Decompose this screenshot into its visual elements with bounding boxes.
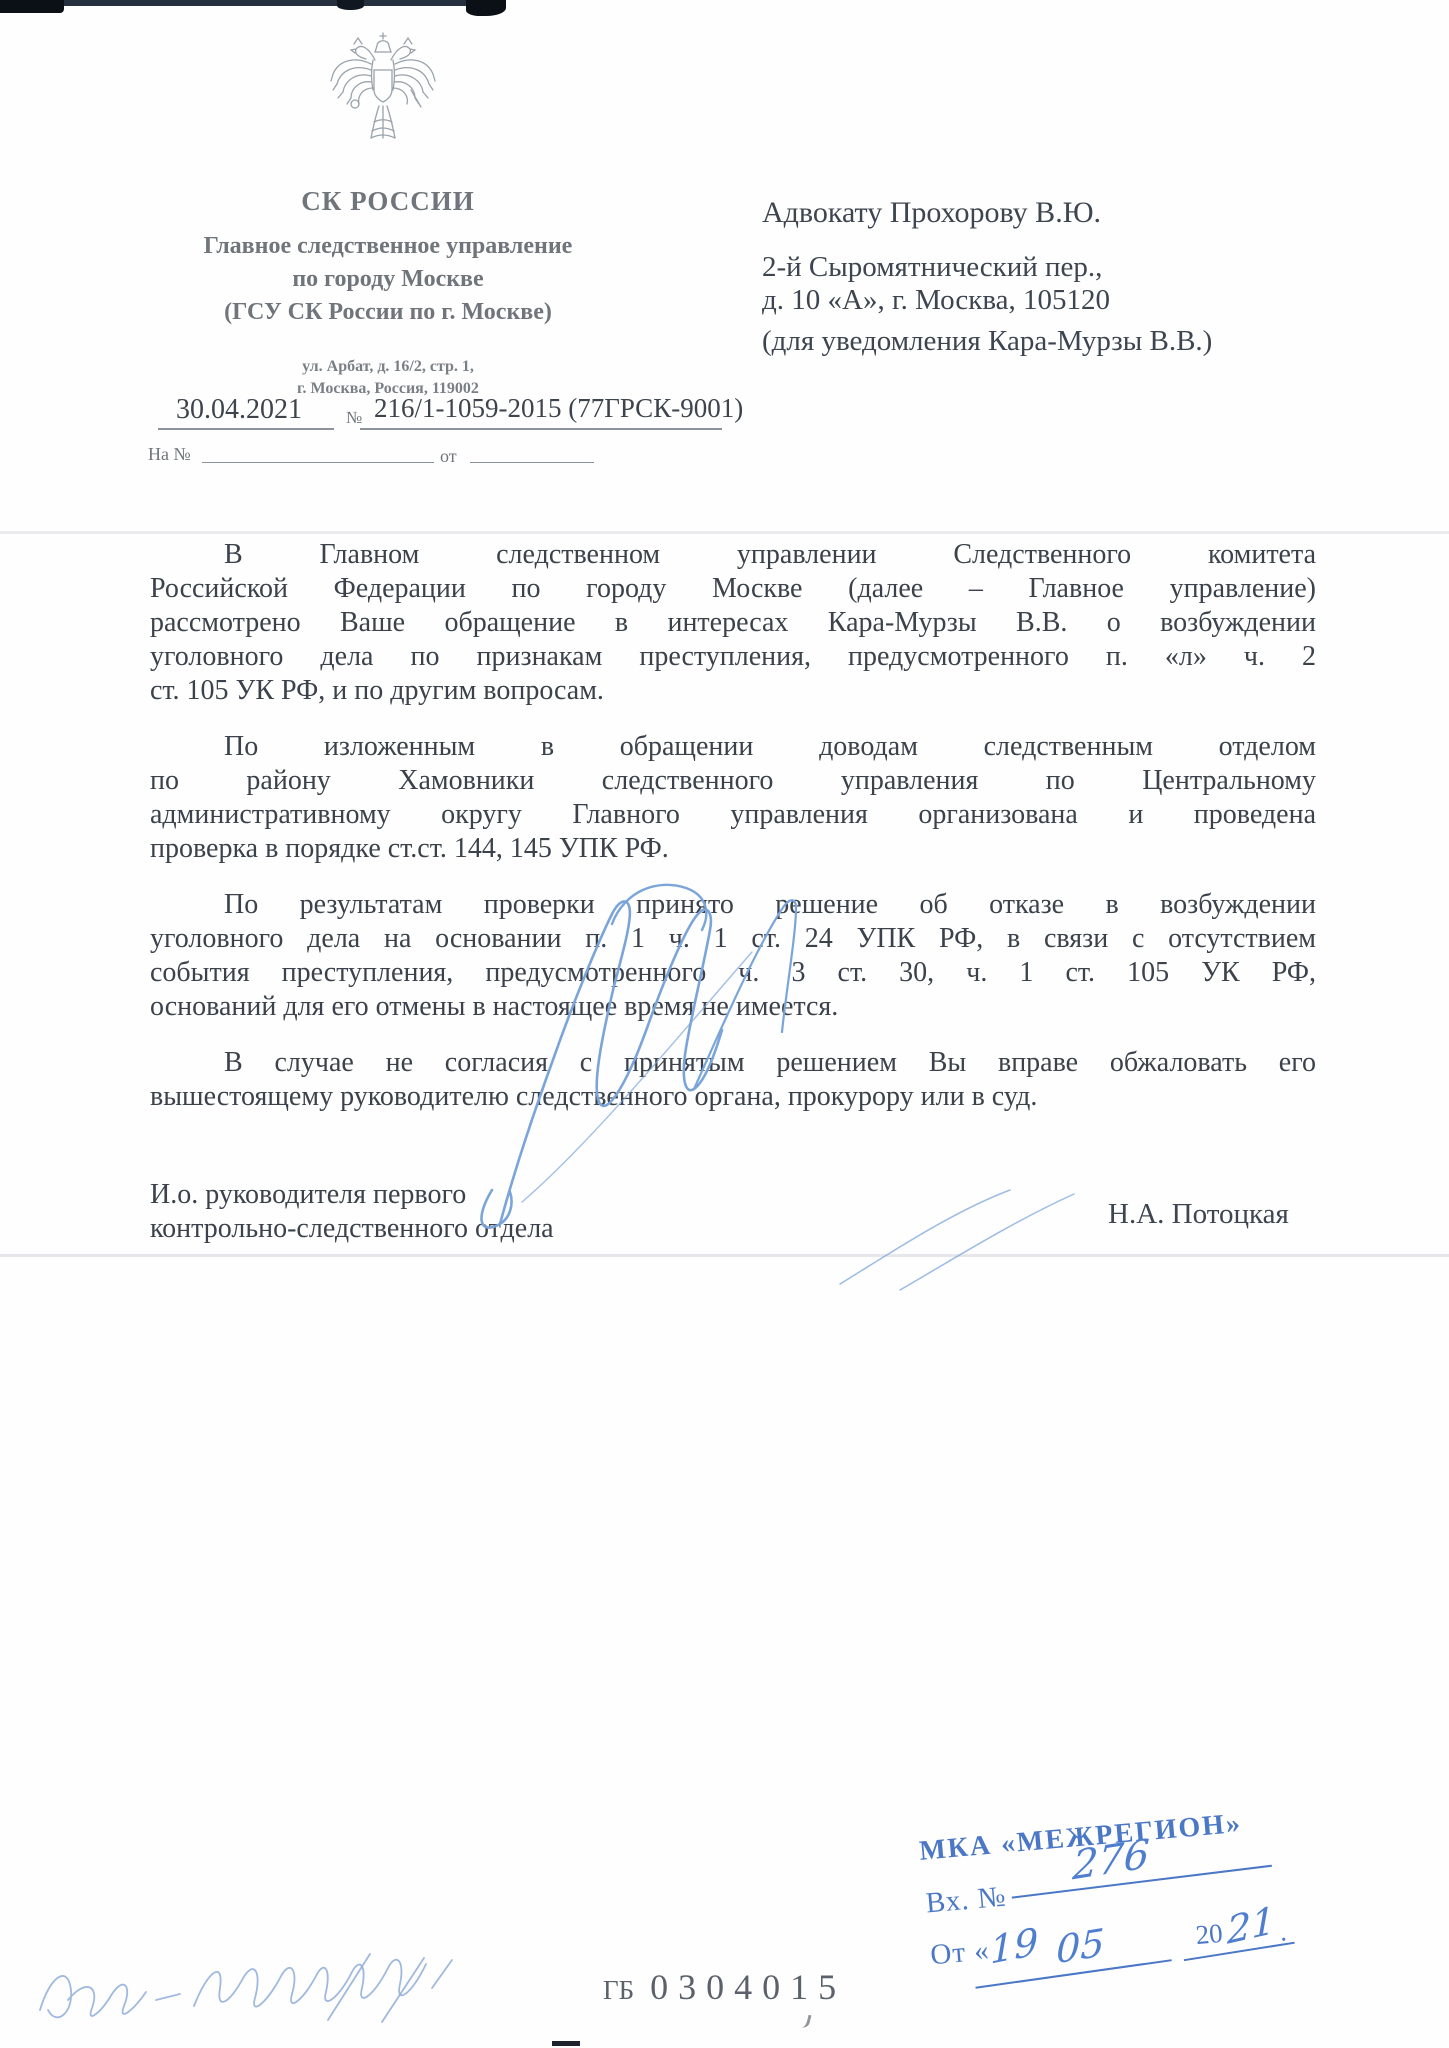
scan-artifact-blob — [337, 0, 364, 10]
incoming-ref-label: На № — [148, 444, 191, 465]
incoming-from-label: от — [440, 446, 457, 467]
body-line: уголовного дела по признакам преступлени… — [150, 640, 1316, 674]
scan-artifact-bottom-dash — [552, 2041, 580, 2046]
org-name-line: (ГСУ СК России по г. Москве) — [168, 296, 608, 329]
recipient-address-line: д. 10 «А», г. Москва, 105120 — [762, 284, 1212, 317]
scan-artifact-blob — [0, 0, 64, 13]
form-code: ГБ0304015 — [603, 1966, 846, 2008]
stamp-day-handwritten: 19 — [990, 1919, 1039, 1972]
double-headed-eagle-emblem-icon — [327, 30, 439, 154]
date-underline — [158, 400, 334, 430]
body-line: По изложенным в обращении доводам следст… — [150, 730, 1316, 764]
incoming-ref-blank — [202, 436, 434, 463]
form-code-prefix: ГБ — [603, 1975, 634, 2005]
signer-name: Н.А. Потоцкая — [1108, 1198, 1289, 1231]
org-name-short: СК РОССИИ — [168, 186, 608, 217]
body-line: проверка в порядке ст.ст. 144, 145 УПК Р… — [150, 832, 1316, 866]
stamp-year-suffix-handwritten: 21 — [1227, 1898, 1276, 1953]
recipient-address-line: 2-й Сыромятнический пер., — [762, 251, 1212, 284]
incoming-from-blank — [470, 436, 594, 463]
recipient-note: (для уведомления Кара-Мурзы В.В.) — [762, 325, 1212, 358]
scan-artifact-mark — [798, 2013, 811, 2029]
paragraph: В Главном следственном управлении Следст… — [150, 538, 1316, 708]
stamp-year-prefix: 20 — [1194, 1918, 1224, 1951]
body-line: рассмотрено Ваше обращение в интересах К… — [150, 606, 1316, 640]
stamp-from-label: От « — [929, 1934, 991, 1972]
paragraph: По изложенным в обращении доводам следст… — [150, 730, 1316, 866]
scanned-letter-page: СК РОССИИ Главное следственное управлени… — [0, 0, 1449, 2048]
incoming-stamp: МКА «МЕЖРЕГИОН» Вх. № 276 От « 19 05 20 … — [918, 1799, 1352, 2015]
stamp-month-handwritten: 05 — [1056, 1920, 1105, 1972]
scan-artifact-blob — [466, 0, 506, 16]
body-line: по району Хамовники следственного управл… — [150, 764, 1316, 798]
scan-artifact-line — [0, 531, 1449, 534]
stamp-incoming-label: Вх. № — [925, 1881, 1008, 1921]
recipient-name: Адвокату Прохорову В.Ю. — [762, 196, 1212, 230]
body-line: Российской Федерации по городу Москве (д… — [150, 572, 1316, 606]
body-line: ст. 105 УК РФ, и по другим вопросам. — [150, 674, 1316, 708]
form-code-number: 0304015 — [650, 1967, 846, 2007]
recipient-block: Адвокату Прохорову В.Ю. 2-й Сыромятничес… — [762, 196, 1212, 358]
number-underline — [360, 400, 722, 430]
handwritten-note-scrawl — [28, 1948, 468, 2044]
pen-signature — [452, 872, 1102, 1332]
org-name-line: по городу Москве — [168, 263, 608, 296]
org-name-line: Главное следственное управление — [168, 230, 608, 263]
body-line: административному округу Главного управл… — [150, 798, 1316, 832]
letterhead: СК РОССИИ Главное следственное управлени… — [168, 186, 608, 400]
body-line: В Главном следственном управлении Следст… — [150, 538, 1316, 572]
scan-artifact-top-strip — [0, 0, 506, 6]
org-address-line: ул. Арбат, д. 16/2, стр. 1, — [168, 356, 608, 378]
